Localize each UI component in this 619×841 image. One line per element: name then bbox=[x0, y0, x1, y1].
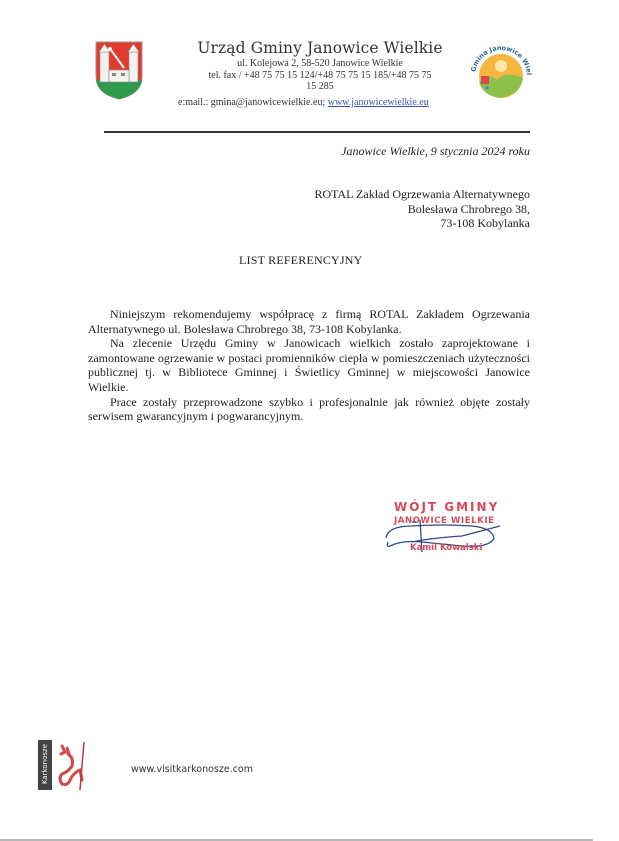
karkonosze-deer-logo-icon bbox=[54, 740, 90, 792]
office-contact: e:mail.: gmina@janowicewielkie.eu; www.j… bbox=[178, 97, 429, 108]
office-name: Urząd Gminy Janowice Wielkie bbox=[150, 38, 490, 58]
letter-body: Niniejszym rekomendujemy współpracę z fi… bbox=[88, 307, 530, 424]
coat-of-arms-icon bbox=[94, 40, 144, 100]
signatory-name: Kamil Kowalski bbox=[410, 543, 482, 553]
paragraph: Niniejszym rekomendujemy współpracę z fi… bbox=[88, 307, 530, 336]
paragraph: Prace zostały przeprowadzone szybko i pr… bbox=[88, 395, 530, 424]
letterhead: Urząd Gminy Janowice Wielkie ul. Kolejow… bbox=[150, 38, 490, 93]
letter-subject: LIST REFERENCYJNY bbox=[239, 253, 363, 268]
footer-website-link[interactable]: www.visitkarkonosze.com bbox=[131, 764, 253, 775]
office-phone: tel. fax / +48 75 75 15 124/+48 75 75 15… bbox=[150, 70, 490, 82]
karkonosze-label: Karkonosze bbox=[41, 739, 49, 789]
recipient-line-1: ROTAL Zakład Ogrzewania Alternatywnego bbox=[314, 187, 530, 202]
paragraph: Na zlecenie Urzędu Gminy w Janowicach wi… bbox=[88, 336, 530, 394]
recipient-address: ROTAL Zakład Ogrzewania Alternatywnego B… bbox=[314, 187, 530, 231]
karkonosze-brand-bar: Karkonosze bbox=[38, 740, 52, 790]
official-stamp: WÓJT GMINY JANOWICE WIELKIE Kamil Kowals… bbox=[382, 498, 512, 560]
gmina-logo-icon: Gmina Janowice Wielkie bbox=[467, 40, 535, 108]
office-phone-cont: 15 285 bbox=[150, 81, 490, 93]
recipient-line-3: 73-108 Kobylanka bbox=[314, 216, 530, 231]
office-email: e:mail.: gmina@janowicewielkie.eu; bbox=[178, 97, 325, 108]
office-address: ul. Kolejowa 2, 58-520 Janowice Wielkie bbox=[150, 58, 490, 70]
place-date: Janowice Wielkie, 9 stycznia 2024 roku bbox=[341, 144, 530, 159]
office-website-link[interactable]: www.janowicewielkie.eu bbox=[328, 97, 429, 108]
header-divider bbox=[104, 131, 530, 133]
recipient-line-2: Bolesława Chrobrego 38, bbox=[314, 202, 530, 217]
